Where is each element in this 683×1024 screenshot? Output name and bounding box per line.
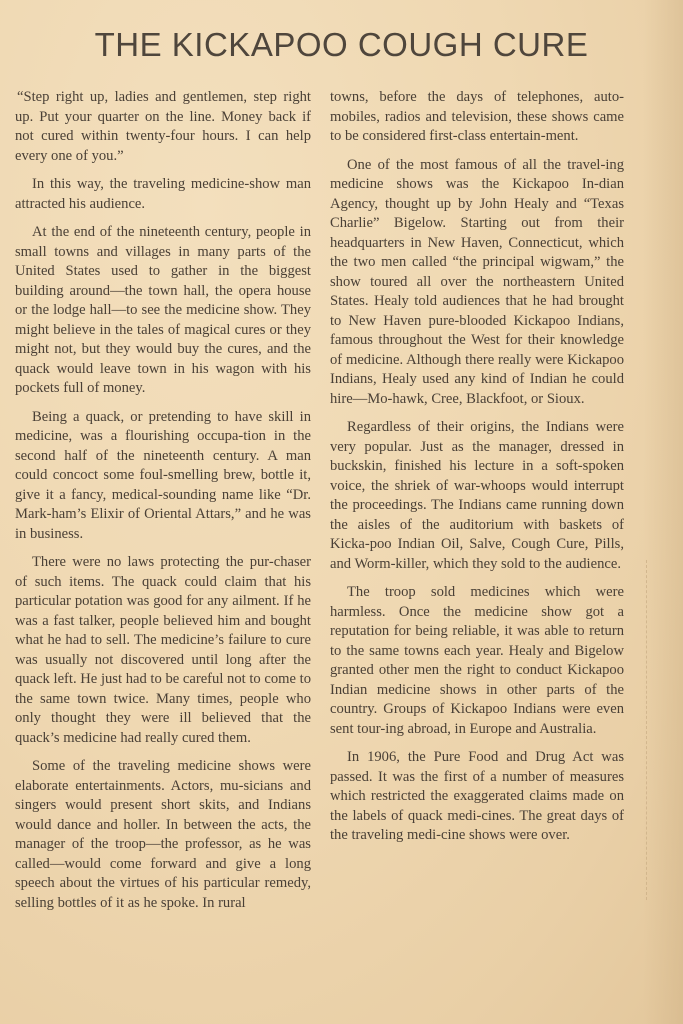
left-column: “Step right up, ladies and gentlemen, st… — [15, 88, 311, 922]
document-page: THE KICKAPOO COUGH CURE “Step right up, … — [0, 0, 683, 1024]
paragraph: In 1906, the Pure Food and Drug Act was … — [330, 748, 624, 846]
paragraph: In this way, the traveling medicine-show… — [15, 175, 311, 214]
paragraph: One of the most famous of all the travel… — [330, 156, 624, 410]
article-title: THE KICKAPOO COUGH CURE — [0, 26, 683, 64]
paragraph: Some of the traveling medicine shows wer… — [15, 757, 311, 913]
paragraph: “Step right up, ladies and gentlemen, st… — [15, 88, 311, 166]
paragraph: Regardless of their origins, the Indians… — [330, 418, 624, 574]
paragraph: The troop sold medicines which were harm… — [330, 583, 624, 739]
paragraph: At the end of the nineteenth century, pe… — [15, 223, 311, 399]
right-column: towns, before the days of telephones, au… — [330, 88, 624, 855]
paragraph: There were no laws protecting the pur-ch… — [15, 553, 311, 748]
paragraph: Being a quack, or pretending to have ski… — [15, 408, 311, 545]
paragraph: towns, before the days of telephones, au… — [330, 88, 624, 147]
page-edge-shadow — [643, 0, 683, 1024]
